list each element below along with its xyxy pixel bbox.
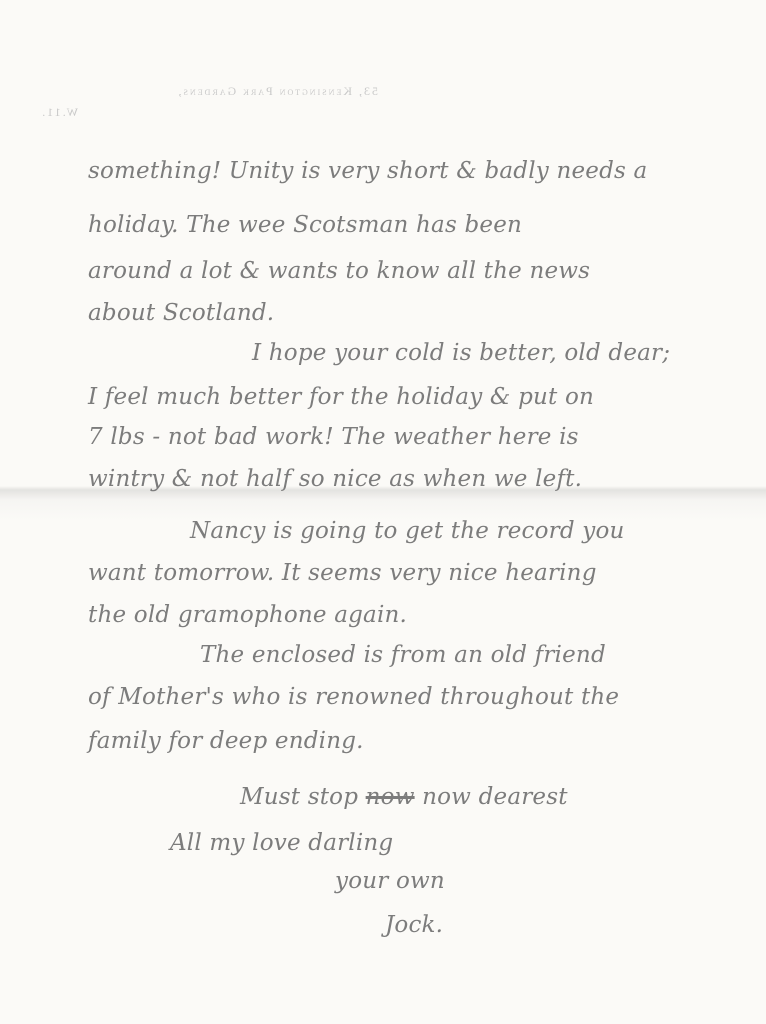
letter-line: I feel much better for the holiday & put… (88, 384, 594, 410)
letter-page: 53, Kensington Park Gardens, W.11. somet… (0, 0, 766, 1024)
letterhead-address: 53, Kensington Park Gardens, (38, 84, 378, 99)
signature: Jock. (385, 912, 443, 938)
letter-line: your own (335, 868, 445, 894)
letterhead-postcode: W.11. (38, 105, 378, 120)
letter-line: family for deep ending. (88, 728, 364, 754)
letter-line: around a lot & wants to know all the new… (88, 258, 590, 284)
letter-line: holiday. The wee Scotsman has been (88, 212, 522, 238)
letter-line: The enclosed is from an old friend (200, 642, 606, 668)
letter-line: want tomorrow. It seems very nice hearin… (88, 560, 597, 586)
letter-line: the old gramophone again. (88, 602, 407, 628)
letter-line: I hope your cold is better, old dear; (252, 340, 670, 366)
letter-line: something! Unity is very short & badly n… (88, 158, 647, 184)
letterhead-showthrough: 53, Kensington Park Gardens, W.11. (38, 84, 378, 120)
letter-line: Nancy is going to get the record you (190, 518, 625, 544)
letter-line-closing: Must stop now now dearest (240, 784, 568, 810)
struck-word: now (366, 784, 415, 810)
letter-line: wintry & not half so nice as when we lef… (88, 466, 582, 492)
letter-line: about Scotland. (88, 300, 274, 326)
closing-text: Must stop (240, 784, 358, 810)
letter-line: 7 lbs - not bad work! The weather here i… (88, 424, 579, 450)
letter-line: All my love darling (170, 830, 393, 856)
letter-line: of Mother's who is renowned throughout t… (88, 684, 619, 710)
closing-text-end: now dearest (422, 784, 568, 810)
